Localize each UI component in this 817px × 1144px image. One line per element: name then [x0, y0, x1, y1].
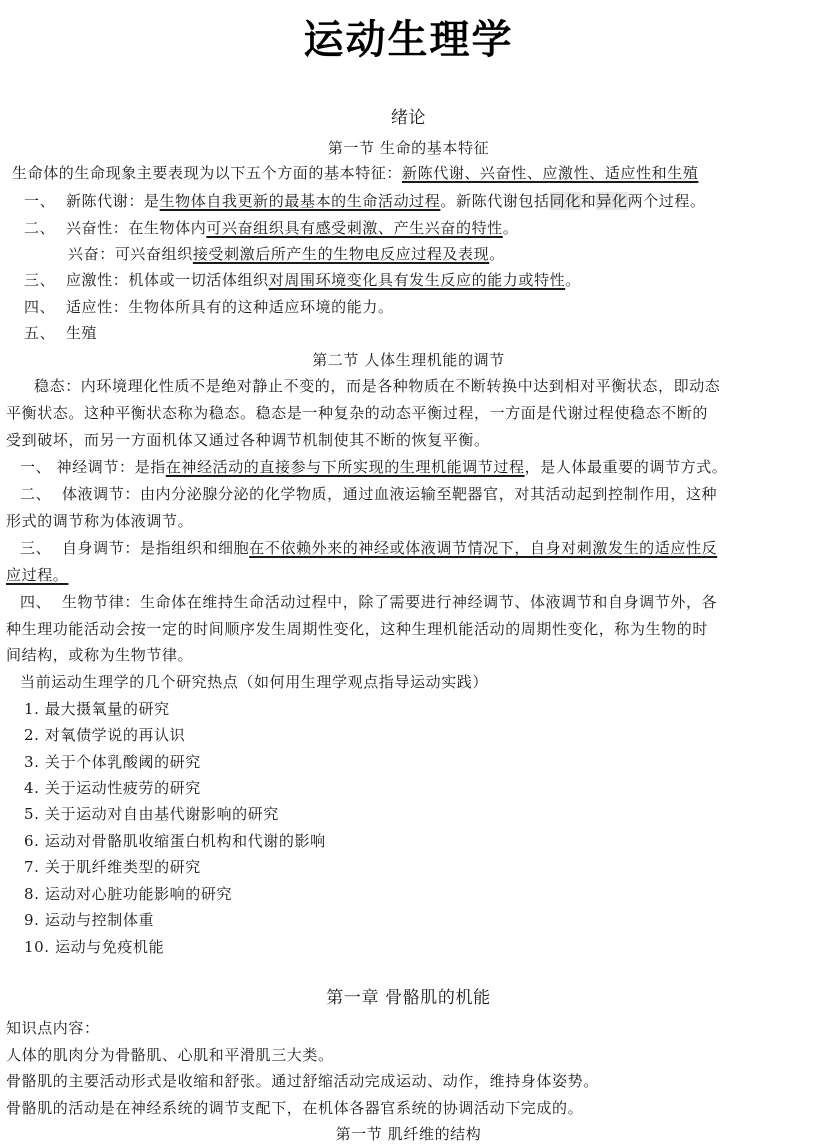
item-text: ，是人体最重要的调节方式。	[525, 458, 728, 476]
item-text: 是指组织和细胞	[140, 539, 249, 557]
item-text: 。	[489, 245, 505, 263]
highlighted-text: 异化	[596, 192, 627, 210]
underlined-text: 接受刺激后所产生的生物电反应过程及表现	[193, 245, 489, 263]
item-text: 可兴奋组织	[115, 245, 193, 263]
chapter-paragraph: 骨骼肌的主要活动形式是收缩和舒张。通过舒缩活动完成运动、动作，维持身体姿势。	[6, 1071, 599, 1091]
item-text: 生物体所具有的这种适应环境的能力。	[128, 298, 393, 316]
regulation-item-2-cont: 形式的调节称为体液调节。	[6, 511, 193, 531]
hotspots-heading: 当前运动生理学的几个研究热点（如何用生理学观点指导运动实践）	[20, 672, 488, 692]
document-title: 运动生理学	[0, 12, 817, 68]
regulation-item-3: 三、 自身调节：是指组织和细胞在不依赖外来的神经或体液调节情况下，自身对刺激发生…	[20, 538, 717, 558]
regulation-item-4: 四、 生物节律：生命体在维持生命活动过程中，除了需要进行神经调节、体液调节和自身…	[20, 592, 717, 612]
item-text: 是指	[135, 458, 166, 476]
homeostasis-line-3: 受到破坏，而另一方面机体又通过各种调节机制使其不断的恢复平衡。	[6, 430, 490, 450]
item-label: 新陈代谢：	[66, 192, 144, 210]
hotspot-item: 6. 运动对骨骼肌收缩蛋白机构和代谢的影响	[24, 831, 326, 851]
underlined-text: 在神经活动的直接参与下所实现的生理机能调节过程	[166, 458, 525, 476]
hotspot-item: 8. 运动对心脏功能影响的研究	[24, 884, 232, 904]
section-heading: 第一节 生命的基本特征	[0, 138, 817, 158]
feature-subitem: 兴奋：可兴奋组织接受刺激后所产生的生物电反应过程及表现。	[68, 244, 505, 264]
hotspot-item: 10. 运动与免疫机能	[24, 937, 164, 957]
item-text: 两个过程。	[628, 192, 706, 210]
hotspot-item: 9. 运动与控制体重	[24, 910, 154, 930]
underlined-text: 应过程。	[6, 566, 68, 584]
item-label: 适应性：	[66, 298, 128, 316]
regulation-item-1: 一、 神经调节：是指在神经活动的直接参与下所实现的生理机能调节过程，是人体最重要…	[20, 457, 727, 477]
highlighted-text: 同化	[550, 192, 581, 210]
item-text: 机体或一切活体组织	[128, 271, 268, 289]
section-heading: 第二节 人体生理机能的调节	[0, 350, 817, 370]
item-number: 三、	[24, 271, 55, 289]
regulation-item-3-cont: 应过程。	[6, 565, 68, 585]
homeostasis-line-1: 稳态：内环境理化性质不是绝对静止不变的，而是各种物质在不断转换中达到相对平衡状态…	[34, 376, 720, 396]
hotspot-item: 7. 关于肌纤维类型的研究	[24, 857, 201, 877]
homeostasis-line-2: 平衡状态。这种平衡状态称为稳态。稳态是一种复杂的动态平衡过程，一方面是代谢过程使…	[6, 403, 708, 423]
underlined-text: 新陈代谢、兴奋性、应激性、适应性和生殖	[402, 164, 698, 182]
underlined-text: 对周围环境变化具有发生反应的能力或特性	[269, 271, 565, 289]
item-number: 二、	[24, 219, 55, 237]
item-text: 和	[581, 192, 597, 210]
item-label: 兴奋：	[68, 245, 115, 263]
intro-heading: 绪论	[0, 108, 817, 128]
item-label: 兴奋性：	[66, 219, 128, 237]
hotspot-item: 2. 对氧债学说的再认识	[24, 725, 185, 745]
item-label: 生殖	[66, 324, 97, 342]
knowledge-label: 知识点内容：	[6, 1018, 100, 1038]
feature-item-4: 四、 适应性：生物体所具有的这种适应环境的能力。	[24, 297, 394, 317]
item-text: 。新陈代谢包括	[440, 192, 549, 210]
item-label: 神经调节：	[57, 458, 135, 476]
item-number: 四、	[20, 593, 51, 611]
hotspot-item: 1. 最大摄氧量的研究	[24, 699, 170, 719]
item-text: 是	[144, 192, 160, 210]
item-number: 二、	[20, 485, 51, 503]
lead-text: 生命体的生命现象主要表现为以下五个方面的基本特征：	[12, 164, 402, 182]
underlined-text: 生物体自我更新的最基本的生命活动过程	[160, 192, 441, 210]
feature-item-5: 五、 生殖	[24, 323, 97, 343]
chapter-paragraph: 骨骼肌的活动是在神经系统的调节支配下，在机体各器官系统的协调活动下完成的。	[6, 1098, 583, 1118]
item-text: 生物节律：生命体在维持生命活动过程中，除了需要进行神经调节、体液调节和自身调节外…	[62, 593, 717, 611]
item-text: 在生物体内	[128, 219, 206, 237]
item-number: 三、	[20, 539, 51, 557]
underlined-text: 可兴奋组织具有感受刺激、产生兴奋的特性	[206, 219, 502, 237]
lead-paragraph: 生命体的生命现象主要表现为以下五个方面的基本特征：新陈代谢、兴奋性、应激性、适应…	[12, 163, 698, 183]
item-text: 。	[565, 271, 581, 289]
chapter-paragraph: 人体的肌肉分为骨骼肌、心肌和平滑肌三大类。	[6, 1045, 334, 1065]
section-heading: 第一节 肌纤维的结构	[0, 1124, 817, 1144]
item-number: 四、	[24, 298, 55, 316]
underlined-text: 在不依赖外来的神经或体液调节情况下，自身对刺激发生的适应性反	[249, 539, 717, 557]
hotspot-item: 4. 关于运动性疲劳的研究	[24, 778, 201, 798]
feature-item-2: 二、 兴奋性：在生物体内可兴奋组织具有感受刺激、产生兴奋的特性。	[24, 218, 518, 238]
item-text: 。	[503, 219, 519, 237]
feature-item-1: 一、 新陈代谢：是生物体自我更新的最基本的生命活动过程。新陈代谢包括同化和异化两…	[24, 191, 706, 211]
regulation-item-4-cont: 种生理功能活动会按一定的时间顺序发生周期性变化，这种生理机能活动的周期性变化，称…	[6, 619, 708, 639]
item-text: 体液调节：由内分泌腺分泌的化学物质，通过血液运输至靶器官，对其活动起到控制作用，…	[62, 485, 717, 503]
item-number: 一、	[20, 458, 51, 476]
item-number: 一、	[24, 192, 55, 210]
hotspot-item: 5. 关于运动对自由基代谢影响的研究	[24, 804, 279, 824]
item-number: 五、	[24, 324, 55, 342]
item-label: 应激性：	[66, 271, 128, 289]
regulation-item-4-cont: 间结构，或称为生物节律。	[6, 645, 193, 665]
item-label: 自身调节：	[62, 539, 140, 557]
feature-item-3: 三、 应激性：机体或一切活体组织对周围环境变化具有发生反应的能力或特性。	[24, 270, 581, 290]
hotspot-item: 3. 关于个体乳酸阈的研究	[24, 752, 201, 772]
chapter-heading: 第一章 骨骼肌的机能	[0, 988, 817, 1008]
regulation-item-2: 二、 体液调节：由内分泌腺分泌的化学物质，通过血液运输至靶器官，对其活动起到控制…	[20, 484, 717, 504]
